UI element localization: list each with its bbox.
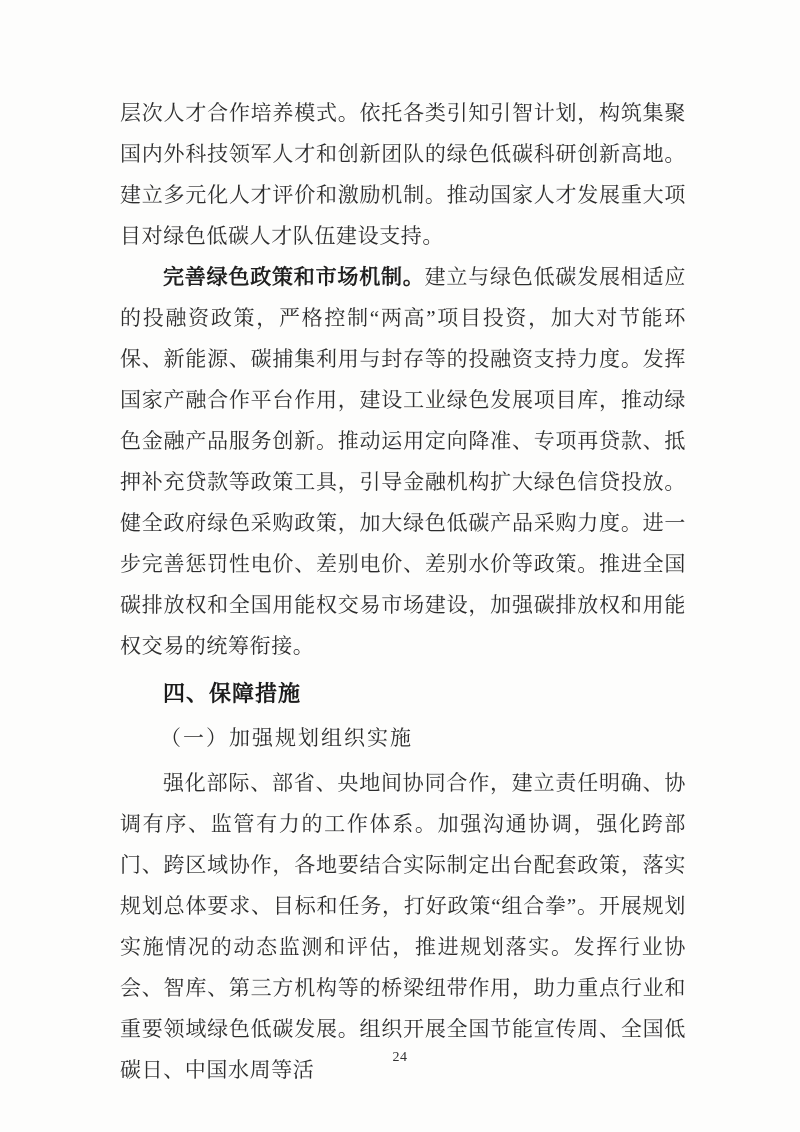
paragraph-body-text: 建立与绿色低碳发展相适应的投融资政策，严格控制“两高”项目投资，加大对节能环保、… [120, 265, 686, 658]
section-heading-safeguard-measures: 四、保障措施 [120, 673, 686, 714]
paragraph-bold-lead: 完善绿色政策和市场机制。 [163, 265, 425, 289]
paragraph-talent-continuation: 层次人才合作培养模式。依托各类引知引智计划，构筑集聚国内外科技领军人才和创新团队… [120, 93, 686, 257]
subsection-heading-plan-implementation: （一）加强规划组织实施 [120, 718, 686, 759]
paragraph-coordination: 强化部际、部省、央地间协同合作，建立责任明确、协调有序、监管有力的工作体系。加强… [120, 763, 686, 1091]
page-number: 24 [0, 1050, 800, 1066]
document-page: 层次人才合作培养模式。依托各类引知引智计划，构筑集聚国内外科技领军人才和创新团队… [0, 0, 800, 1132]
page-content: 层次人才合作培养模式。依托各类引知引智计划，构筑集聚国内外科技领军人才和创新团队… [120, 93, 686, 1091]
paragraph-green-policy-market: 完善绿色政策和市场机制。建立与绿色低碳发展相适应的投融资政策，严格控制“两高”项… [120, 257, 686, 667]
